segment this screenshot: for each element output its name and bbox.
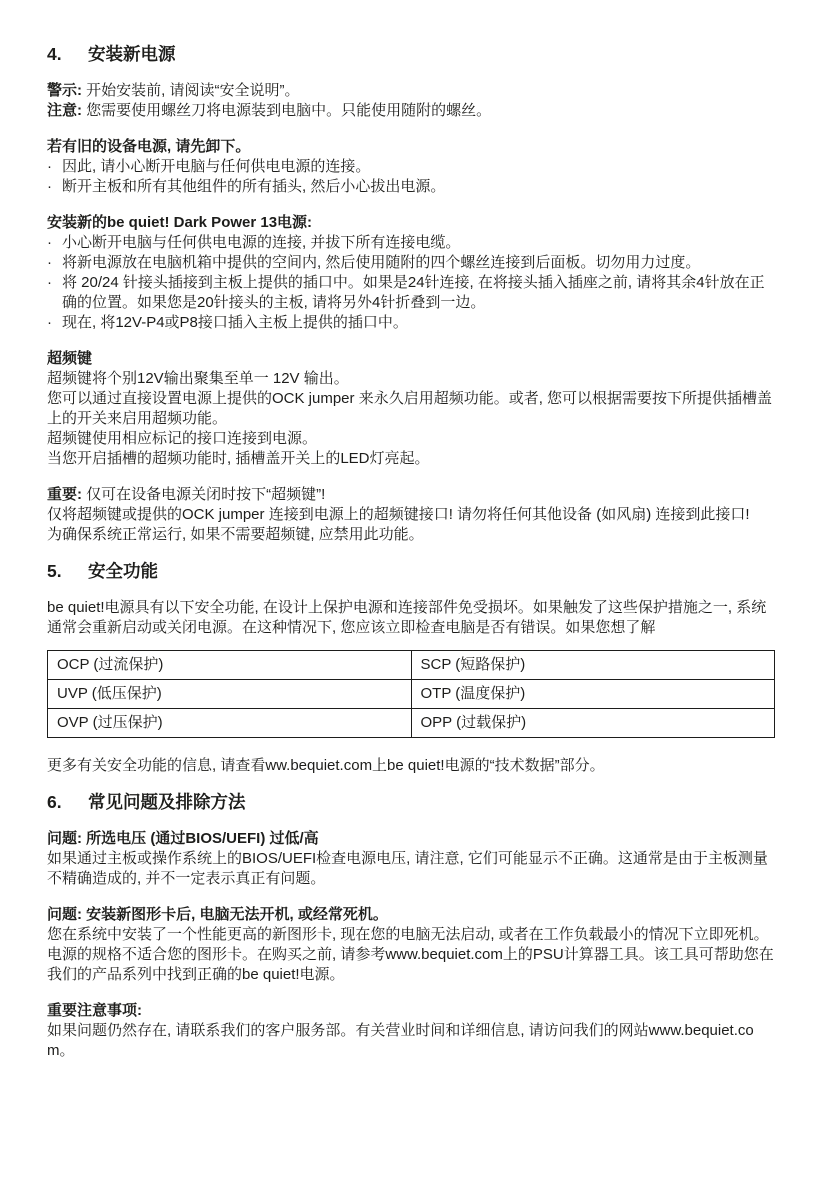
section-title: 常见问题及排除方法 bbox=[88, 792, 246, 812]
table-cell-otp: OTP (温度保护) bbox=[411, 680, 775, 709]
bullet-marker: · bbox=[47, 233, 62, 253]
table-cell-scp: SCP (短路保护) bbox=[411, 651, 775, 680]
service-note-heading: 重要注意事项: bbox=[47, 1001, 775, 1021]
bullet-item: · 将新电源放在电脑机箱中提供的空间内, 然后使用随附的四个螺丝连接到后面板。切… bbox=[47, 253, 775, 273]
important-first-line: 重要: 仅可在设备电源关闭时按下“超频键”! bbox=[47, 485, 775, 505]
bullet-item: · 将 20/24 针接头插接到主板上提供的插口中。如果是24针连接, 在将接头… bbox=[47, 273, 775, 313]
more-info-paragraph: 更多有关安全功能的信息, 请查看ww.bequiet.com上be quiet!… bbox=[47, 756, 775, 776]
bullet-text: 将 20/24 针接头插接到主板上提供的插口中。如果是24针连接, 在将接头插入… bbox=[62, 273, 775, 313]
note-label: 注意: bbox=[47, 102, 82, 119]
bullet-item: · 小心断开电脑与任何供电电源的连接, 并拔下所有连接电缆。 bbox=[47, 233, 775, 253]
table-row: UVP (低压保护) OTP (温度保护) bbox=[48, 680, 775, 709]
important-notice-paragraph: 重要: 仅可在设备电源关闭时按下“超频键”! 仅将超频键或提供的OCK jump… bbox=[47, 485, 775, 545]
important-line: 为确保系统正常运行, 如果不需要超频键, 应禁用此功能。 bbox=[47, 525, 775, 545]
protection-table: OCP (过流保护) SCP (短路保护) UVP (低压保护) OTP (温度… bbox=[47, 650, 775, 738]
warning-label: 警示: bbox=[47, 82, 82, 99]
more-info-text: 更多有关安全功能的信息, 请查看ww.bequiet.com上be quiet!… bbox=[47, 756, 775, 776]
bullet-marker: · bbox=[47, 177, 62, 197]
table-cell-uvp: UVP (低压保护) bbox=[48, 680, 412, 709]
section-faq: 6.常见问题及排除方法 问题: 所选电压 (通过BIOS/UEFI) 过低/高 … bbox=[47, 792, 775, 1061]
ock-key-heading: 超频键 bbox=[47, 349, 775, 369]
faq-q2-text: 您在系统中安装了一个性能更高的新图形卡, 现在您的电脑无法启动, 或者在工作负载… bbox=[47, 925, 775, 985]
faq-q1-paragraph: 问题: 所选电压 (通过BIOS/UEFI) 过低/高 如果通过主板或操作系统上… bbox=[47, 829, 775, 889]
install-steps-heading: 安装新的be quiet! Dark Power 13电源: bbox=[47, 213, 775, 233]
safety-intro-text: be quiet!电源具有以下安全功能, 在设计上保护电源和连接部件免受损坏。如… bbox=[47, 598, 775, 638]
faq-q1-text: 如果通过主板或操作系统上的BIOS/UEFI检查电源电压, 请注意, 它们可能显… bbox=[47, 849, 775, 889]
bullet-text: 现在, 将12V-P4或P8接口插入主板上提供的插口中。 bbox=[62, 313, 775, 333]
ock-key-line: 您可以通过直接设置电源上提供的OCK jumper 来永久启用超频功能。或者, … bbox=[47, 389, 775, 429]
table-cell-ocp: OCP (过流保护) bbox=[48, 651, 412, 680]
faq-q2-paragraph: 问题: 安装新图形卡后, 电脑无法开机, 或经常死机。 您在系统中安装了一个性能… bbox=[47, 905, 775, 985]
warning-text: 开始安装前, 请阅读“安全说明”。 bbox=[82, 82, 300, 99]
install-steps-paragraph: 安装新的be quiet! Dark Power 13电源: · 小心断开电脑与… bbox=[47, 213, 775, 333]
table-row: OVP (过压保护) OPP (过载保护) bbox=[48, 709, 775, 738]
table-cell-opp: OPP (过载保护) bbox=[411, 709, 775, 738]
bullet-item: · 断开主板和所有其他组件的所有插头, 然后小心拔出电源。 bbox=[47, 177, 775, 197]
section-number: 5. bbox=[47, 561, 88, 582]
manual-page: 4.安装新电源 警示: 开始安装前, 请阅读“安全说明”。 注意: 您需要使用螺… bbox=[0, 0, 822, 1191]
ock-key-line: 当您开启插槽的超频功能时, 插槽盖开关上的LED灯亮起。 bbox=[47, 449, 775, 469]
bullet-item: · 现在, 将12V-P4或P8接口插入主板上提供的插口中。 bbox=[47, 313, 775, 333]
bullet-marker: · bbox=[47, 157, 62, 177]
section-heading: 4.安装新电源 bbox=[47, 44, 775, 65]
ock-key-paragraph: 超频键 超频键将个别12V输出聚集至单一 12V 输出。 您可以通过直接设置电源… bbox=[47, 349, 775, 469]
section-number: 4. bbox=[47, 44, 88, 65]
important-label: 重要: bbox=[47, 486, 82, 503]
section-heading: 5.安全功能 bbox=[47, 561, 775, 582]
bullet-marker: · bbox=[47, 273, 62, 313]
note-text: 您需要使用螺丝刀将电源装到电脑中。只能使用随附的螺丝。 bbox=[82, 102, 491, 119]
table-cell-ovp: OVP (过压保护) bbox=[48, 709, 412, 738]
section-number: 6. bbox=[47, 792, 88, 813]
faq-q1-heading: 问题: 所选电压 (通过BIOS/UEFI) 过低/高 bbox=[47, 829, 775, 849]
bullet-text: 将新电源放在电脑机箱中提供的空间内, 然后使用随附的四个螺丝连接到后面板。切勿用… bbox=[62, 253, 775, 273]
bullet-marker: · bbox=[47, 313, 62, 333]
warning-line: 警示: 开始安装前, 请阅读“安全说明”。 bbox=[47, 81, 775, 101]
section-safety-functions: 5.安全功能 be quiet!电源具有以下安全功能, 在设计上保护电源和连接部… bbox=[47, 561, 775, 776]
section-title: 安全功能 bbox=[88, 561, 158, 581]
warning-note-paragraph: 警示: 开始安装前, 请阅读“安全说明”。 注意: 您需要使用螺丝刀将电源装到电… bbox=[47, 81, 775, 121]
important-line: 仅将超频键或提供的OCK jumper 连接到电源上的超频键接口! 请勿将任何其… bbox=[47, 505, 775, 525]
note-line: 注意: 您需要使用螺丝刀将电源装到电脑中。只能使用随附的螺丝。 bbox=[47, 101, 775, 121]
section-title: 安装新电源 bbox=[88, 44, 176, 64]
table-row: OCP (过流保护) SCP (短路保护) bbox=[48, 651, 775, 680]
bullet-text: 断开主板和所有其他组件的所有插头, 然后小心拔出电源。 bbox=[62, 177, 775, 197]
remove-old-psu-paragraph: 若有旧的设备电源, 请先卸下。 · 因此, 请小心断开电脑与任何供电电源的连接。… bbox=[47, 137, 775, 197]
ock-key-line: 超频键使用相应标记的接口连接到电源。 bbox=[47, 429, 775, 449]
service-note-paragraph: 重要注意事项: 如果问题仍然存在, 请联系我们的客户服务部。有关营业时间和详细信… bbox=[47, 1001, 775, 1061]
important-text: 仅可在设备电源关闭时按下“超频键”! bbox=[82, 486, 325, 503]
remove-old-psu-heading: 若有旧的设备电源, 请先卸下。 bbox=[47, 137, 775, 157]
faq-q2-heading: 问题: 安装新图形卡后, 电脑无法开机, 或经常死机。 bbox=[47, 905, 775, 925]
bullet-text: 小心断开电脑与任何供电电源的连接, 并拔下所有连接电缆。 bbox=[62, 233, 775, 253]
section-install-psu: 4.安装新电源 警示: 开始安装前, 请阅读“安全说明”。 注意: 您需要使用螺… bbox=[47, 44, 775, 545]
bullet-marker: · bbox=[47, 253, 62, 273]
service-note-text: 如果问题仍然存在, 请联系我们的客户服务部。有关营业时间和详细信息, 请访问我们… bbox=[47, 1021, 775, 1061]
section-heading: 6.常见问题及排除方法 bbox=[47, 792, 775, 813]
bullet-text: 因此, 请小心断开电脑与任何供电电源的连接。 bbox=[62, 157, 775, 177]
ock-key-line: 超频键将个别12V输出聚集至单一 12V 输出。 bbox=[47, 369, 775, 389]
bullet-item: · 因此, 请小心断开电脑与任何供电电源的连接。 bbox=[47, 157, 775, 177]
safety-intro-paragraph: be quiet!电源具有以下安全功能, 在设计上保护电源和连接部件免受损坏。如… bbox=[47, 598, 775, 638]
